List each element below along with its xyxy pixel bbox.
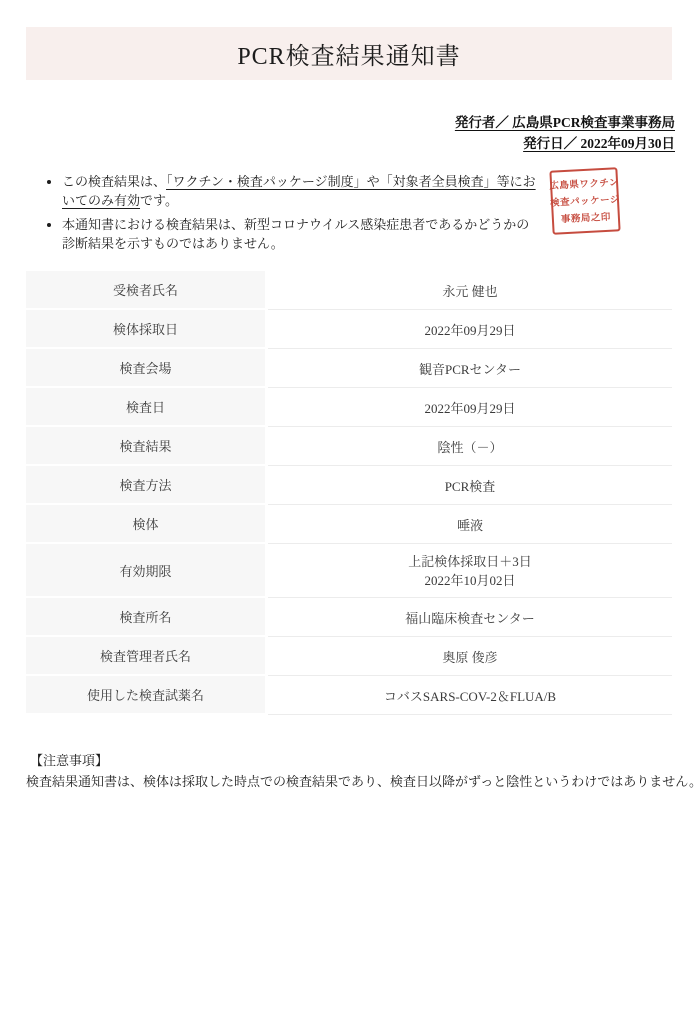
table-row-specimen: 検体 唾液 [26, 505, 672, 544]
issue-date: 発行日／ 2022年09月30日 [455, 133, 675, 154]
row-value: 永元 健也 [268, 271, 672, 310]
table-row-test-result: 検査結果 陰性（－） [26, 427, 672, 466]
row-label: 検査管理者氏名 [26, 637, 268, 676]
table-row-validity-period: 有効期限 上記検体採取日＋3日 2022年10月02日 [26, 544, 672, 598]
row-value: 唾液 [268, 505, 672, 544]
office-seal-stamp: 広島県ワクチン 検査パッケージ 事務局之印 [549, 167, 620, 234]
row-value: 福山臨床検査センター [268, 598, 672, 637]
table-row-test-manager: 検査管理者氏名 奥原 俊彦 [26, 637, 672, 676]
table-row-reagent-name: 使用した検査試薬名 コバスSARS-COV-2＆FLUA/B [26, 676, 672, 715]
row-value: 奥原 俊彦 [268, 637, 672, 676]
row-value: PCR検査 [268, 466, 672, 505]
page-title: PCR検査結果通知書 [237, 36, 460, 71]
row-value: 観音PCRセンター [268, 349, 672, 388]
validity-line-1: 上記検体採取日＋3日 [268, 552, 672, 571]
row-label: 使用した検査試薬名 [26, 676, 268, 715]
validity-line-2: 2022年10月02日 [268, 571, 672, 590]
result-table: 受検者氏名 永元 健也 検体採取日 2022年09月29日 検査会場 観音PCR… [26, 271, 672, 715]
notice-bullet-2: 本通知書における検査結果は、新型コロナウイルス感染症患者であるかどうかの診断結果… [62, 215, 538, 253]
notice-2-text: 本通知書における検査結果は、新型コロナウイルス感染症患者であるかどうかの診断結果… [62, 217, 529, 251]
table-row-lab-name: 検査所名 福山臨床検査センター [26, 598, 672, 637]
pcr-result-document: PCR検査結果通知書 発行者／ 広島県PCR検査事業事務局 発行日／ 2022年… [0, 0, 700, 1009]
row-value: 2022年09月29日 [268, 310, 672, 349]
table-row-test-date: 検査日 2022年09月29日 [26, 388, 672, 427]
row-value: 上記検体採取日＋3日 2022年10月02日 [268, 544, 672, 598]
stamp-line-3: 事務局之印 [560, 208, 611, 228]
row-value: 2022年09月29日 [268, 388, 672, 427]
notice-list: この検査結果は、「ワクチン・検査パッケージ制度」や「対象者全員検査」等においての… [46, 172, 538, 258]
issuer-block: 発行者／ 広島県PCR検査事業事務局 発行日／ 2022年09月30日 [455, 112, 675, 154]
row-label: 検査方法 [26, 466, 268, 505]
row-label: 検査日 [26, 388, 268, 427]
row-label: 検査所名 [26, 598, 268, 637]
notice-bullet-1: この検査結果は、「ワクチン・検査パッケージ制度」や「対象者全員検査」等においての… [62, 172, 538, 210]
row-label: 検体 [26, 505, 268, 544]
notice-1-post: です。 [140, 193, 178, 208]
notice-1-pre: この検査結果は、 [62, 174, 166, 189]
table-row-test-venue: 検査会場 観音PCRセンター [26, 349, 672, 388]
document-header: PCR検査結果通知書 [26, 27, 672, 80]
table-row-test-method: 検査方法 PCR検査 [26, 466, 672, 505]
note-title: 【注意事項】 [30, 750, 108, 769]
row-label: 検体採取日 [26, 310, 268, 349]
issuer-name: 発行者／ 広島県PCR検査事業事務局 [455, 112, 675, 133]
row-label: 受検者氏名 [26, 271, 268, 310]
row-value: 陰性（－） [268, 427, 672, 466]
row-label: 検査結果 [26, 427, 268, 466]
table-row-sample-date: 検体採取日 2022年09月29日 [26, 310, 672, 349]
row-label: 有効期限 [26, 544, 268, 598]
row-label: 検査会場 [26, 349, 268, 388]
note-body: 検査結果通知書は、検体は採取した時点での検査結果であり、検査日以降がずっと陰性と… [26, 771, 700, 790]
row-value: コバスSARS-COV-2＆FLUA/B [268, 676, 672, 715]
result-table-container: 受検者氏名 永元 健也 検体採取日 2022年09月29日 検査会場 観音PCR… [26, 271, 672, 715]
table-row-examinee-name: 受検者氏名 永元 健也 [26, 271, 672, 310]
